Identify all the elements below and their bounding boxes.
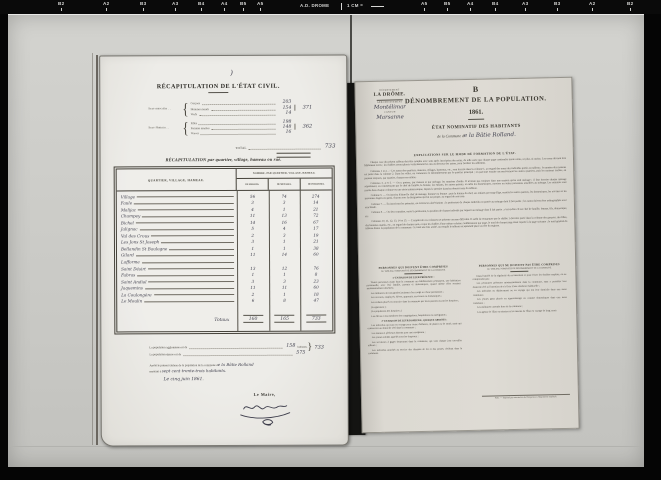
ink-leader [151, 233, 234, 236]
dotted-leader [212, 126, 276, 130]
table-row: Saint Andiol 3 3 23 [117, 277, 332, 284]
dotted-leader [183, 352, 292, 356]
ink-leader [142, 260, 234, 263]
ink-leader [134, 201, 234, 204]
dotted-leader [199, 113, 275, 117]
table-row: Val des Crous 2 3 19 [117, 231, 332, 238]
page-stack-edge [96, 55, 98, 445]
film-marker: A2 [589, 1, 595, 6]
brace: { [182, 119, 188, 135]
ink-leader [136, 253, 234, 256]
ink-leader [140, 227, 234, 230]
table-totals-row: Totaux 160 165 733 [117, 311, 332, 324]
ink-leader [138, 207, 234, 210]
film-marker: A3 [522, 1, 528, 6]
table-row: Village 56 74 274 [117, 192, 332, 199]
col-header-menages: DE MÉNAGES. [268, 179, 300, 190]
right-page: DÉPARTEMENT LA DRÔME. ARRONDISSEMENT Mon… [354, 77, 579, 433]
col-header-personnes: DE PERSONNES. [300, 179, 332, 190]
printer-imprint: Paris. — Imprimé par autorisation de l'E… [482, 394, 570, 400]
ink-leader [144, 299, 234, 302]
included-paragraph: Toutes personnes ayant dans la commune u… [367, 279, 461, 291]
film-divider [341, 3, 342, 10]
microfilm-scan: B2A2B3A3B4A4B5A5 A.D. DROME 1 CM = A5B5A… [0, 0, 661, 480]
rule [510, 271, 528, 272]
rule [468, 119, 484, 120]
film-marker: A5 [421, 1, 427, 6]
group-label: Sexe féminin . . [148, 126, 182, 129]
female-total: 362 [294, 124, 316, 130]
male-total: 371 [294, 105, 316, 111]
film-marker: B2 [627, 1, 633, 6]
table-row: Gilard 11 14 60 [117, 250, 332, 257]
male-group: Sexe masculin . . { Garçons 203 Hommes m… [148, 100, 316, 117]
form-letter: B [395, 83, 555, 95]
table-row: Jalignac 5 4 17 [117, 224, 332, 231]
scale-label: 1 CM = [347, 3, 363, 8]
page-stack-edge [92, 53, 93, 445]
table-row: Bellandin St Baulogne 1 1 38 [117, 244, 332, 251]
archive-label: A.D. DROME [300, 3, 329, 8]
col-header-maisons: DE MAISONS. [237, 179, 268, 190]
binding-cord [350, 15, 352, 85]
ink-leader [161, 240, 234, 243]
table-header: QUARTIER, VILLAGE, HAMEAU. NOMBRE, PAR Q… [117, 169, 332, 192]
ink-leader [142, 214, 234, 217]
film-strip: B2A2B3A3B4A4B5A5 A.D. DROME 1 CM = A5B5A… [0, 0, 661, 14]
film-marker: A2 [103, 1, 109, 6]
table-row: Le Moulin 6 8 47 [117, 296, 332, 303]
explications-paragraphs: Chaque case du présent tableau doit être… [364, 157, 567, 232]
photo-area: ) RÉCAPITULATION DE L'ÉTAT CIVIL. Sexe m… [8, 14, 644, 467]
civil-grand-total: TOTAL 733 [236, 144, 336, 150]
mayor-signature [238, 400, 294, 433]
title-rule [208, 92, 228, 93]
civil-status-summary: Sexe masculin . . { Garçons 203 Hommes m… [148, 100, 316, 139]
ink-leader [154, 292, 234, 295]
excluded-column: PERSONNES QUI NE DOIVENT PAS ÊTRE COMPRI… [472, 263, 567, 315]
commune-value: e la Bâtie Rolland. [464, 132, 516, 139]
film-marker: B4 [198, 1, 204, 6]
film-marker: A3 [172, 1, 178, 6]
date-line: Le cinq juin 1861. [164, 377, 204, 382]
ink-leader [137, 194, 234, 197]
ink-leader [149, 279, 235, 282]
film-marker: B2 [58, 1, 64, 6]
ink-leader [136, 220, 234, 223]
table-row: Les Jons St Joseph 3 1 21 [117, 237, 332, 244]
table-row: Champey 11 13 72 [117, 211, 332, 218]
brace: { [182, 100, 188, 116]
dotted-leader [189, 345, 282, 349]
rule [404, 273, 422, 274]
left-page: ) RÉCAPITULATION DE L'ÉTAT CIVIL. Sexe m… [99, 54, 349, 446]
population-agglomeree: La population agglomérée est de 158 habi… [149, 344, 307, 350]
table-row: La Coulongère 2 1 18 [117, 290, 332, 297]
brace: } [307, 342, 312, 353]
table-row: Jaquemins 11 11 60 [117, 283, 332, 290]
film-marker: B3 [140, 1, 146, 6]
group-label: Sexe masculin . . [148, 107, 182, 110]
commune-line: de la Commune de la Bâtie Rolland. [384, 131, 568, 141]
film-marker: A4 [221, 1, 227, 6]
film-marker: A4 [467, 1, 473, 6]
population-eparse: La population éparse est de 575 [149, 351, 307, 357]
ink-leader [169, 246, 234, 249]
recap-table: QUARTIER, VILLAGE, HAMEAU. NOMBRE, PAR Q… [116, 168, 334, 333]
film-marker: B3 [554, 1, 560, 6]
recap-heading: RÉCAPITULATION par quartier, village, ha… [101, 156, 347, 162]
census-subtitle: ÉTAT NOMINATIF DES HABITANTS [384, 122, 568, 131]
table-row: Faule 3 3 14 [117, 198, 332, 205]
dotted-leader [201, 132, 276, 136]
film-marker: A5 [257, 1, 263, 6]
film-marker: B5 [444, 1, 450, 6]
table-row: Malijac 4 1 21 [117, 205, 332, 212]
scale-dash [371, 6, 384, 7]
col-group-header: NOMBRE, PAR QUARTIER, VILLAGE, HAMEAU, [237, 169, 332, 179]
table-row: Bichel 14 16 67 [117, 218, 332, 225]
population-total: 733 [314, 345, 324, 351]
dotted-leader [199, 121, 276, 125]
table-row: Fabras 1 1 8 [117, 270, 332, 277]
civil-row: Veuves 16 [191, 130, 292, 136]
ink-leader [148, 266, 234, 269]
included-column: PERSONNES QUI DOIVENT ÊTRE COMPRISES AU … [366, 265, 462, 357]
explication-paragraph: Colonnes 10, 11, 12, 13, 14 et 15. — L'e… [365, 216, 567, 231]
film-marker: B4 [492, 1, 498, 6]
dotted-leader [211, 107, 275, 111]
backing-crease [12, 446, 640, 447]
margin-mark: ) [230, 69, 233, 77]
page-title: RÉCAPITULATION DE L'ÉTAT CIVIL. [100, 83, 336, 91]
mayor-label: Le Maire, [254, 392, 276, 397]
excluded-paragraph: Les agents de l'État en mission et les m… [473, 309, 567, 314]
table-row: Saint Désirt 13 12 76 [117, 264, 332, 271]
ink-leader [137, 273, 234, 276]
female-group: Sexe féminin . . { Filles 198 Femmes mar… [148, 119, 316, 136]
table-body: Village 56 74 274 Faule 3 3 14 [117, 192, 332, 304]
film-marker: B5 [240, 1, 246, 6]
included-paragraph: Les individus attachés au service des ch… [368, 347, 462, 355]
col-header-quartier: QUARTIER, VILLAGE, HAMEAU. [117, 169, 237, 191]
civil-row: Veufs 14 [191, 110, 292, 116]
dotted-leader [202, 102, 275, 106]
arrete-paragraph: Arrêté le présent tableau de la populati… [149, 362, 329, 375]
ink-leader [145, 286, 234, 289]
dotted-leader [249, 146, 321, 150]
